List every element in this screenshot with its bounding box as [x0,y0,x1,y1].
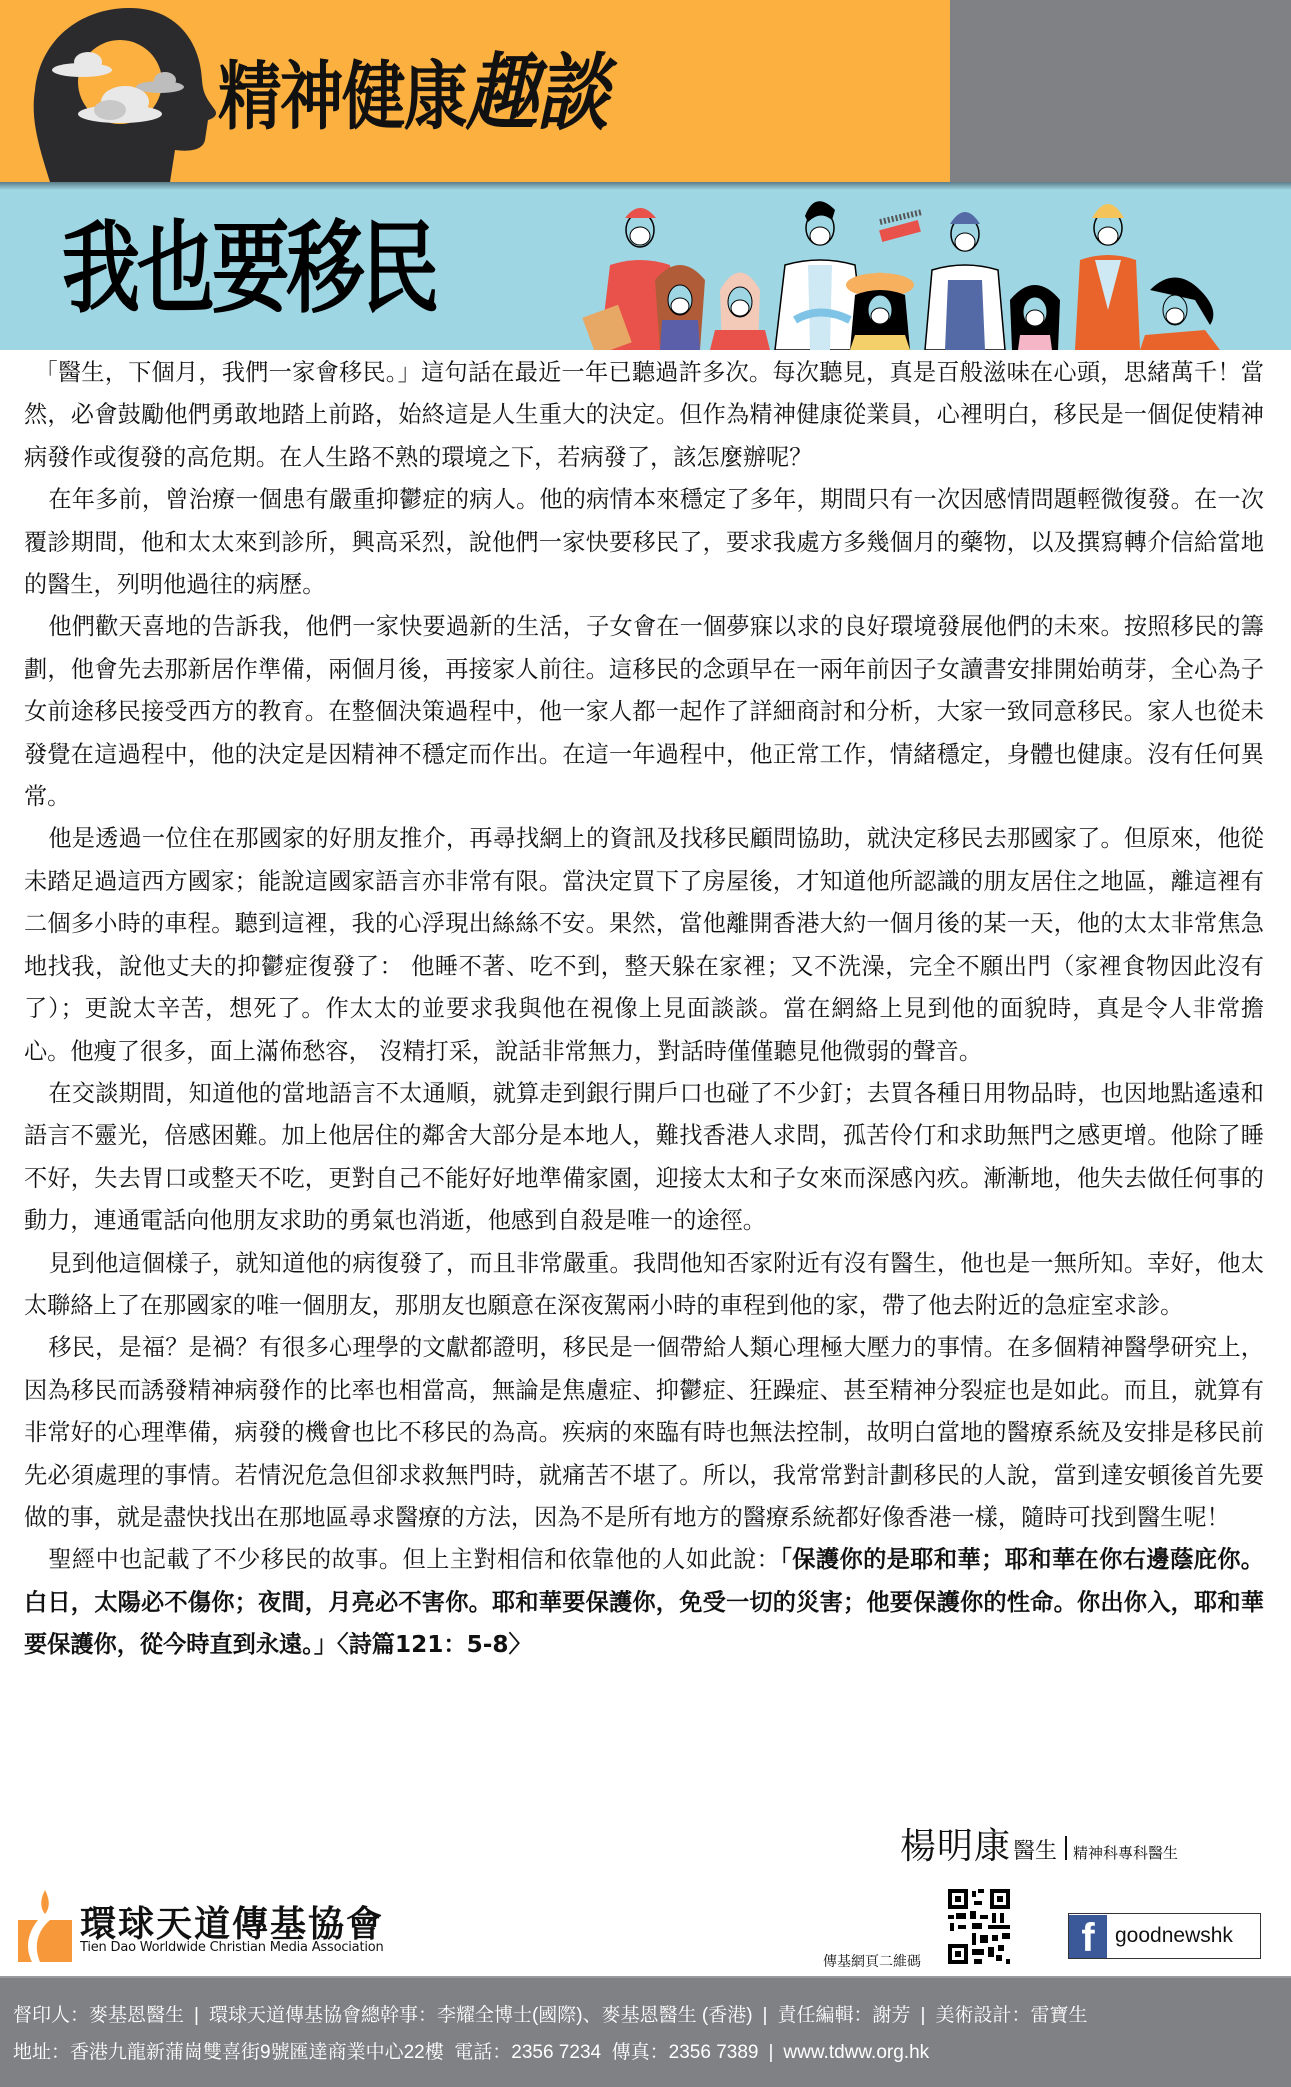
article-body: 「醫生，下個月，我們一家會移民。」這句話在最近一年已聽過許多次。每次聽見，真是百… [24,352,1264,1667]
article-paragraph: 在年多前，曾治療一個患有嚴重抑鬱症的病人。他的病情本來穩定了多年，期間只有一次因… [24,479,1264,606]
credit-separator: | [763,2005,768,2026]
closing-paragraph: 聖經中也記載了不少移民的故事。但上主對相信和依靠他的人如此說：「保護你的是耶和華… [24,1539,1264,1666]
series-title-emphasis: 趣談 [466,44,607,142]
article-paragraph: 移民，是福？是禍？有很多心理學的文獻都證明，移民是一個帶給人類心理極大壓力的事情… [24,1327,1264,1539]
contact-fax: 傳真：2356 7389 [612,2042,759,2063]
article-paragraph: 見到他這個樣子，就知道他的病復發了，而且非常嚴重。我問他知否家附近有沒有醫生，他… [24,1243,1264,1328]
candle-flame-logo-icon [18,1890,72,1962]
article-banner: 我也要移民 [0,190,1291,350]
nurse-figure [710,273,770,351]
series-title-plain: 精神健康 [218,54,466,140]
masked-workers-illustration [580,190,1291,350]
article-paragraph: 在交談期間，知道他的當地語言不太通順，就算走到銀行開戶口也碰了不少釘；去買各種日… [24,1073,1264,1243]
ponytail-woman-figure [1140,278,1220,351]
credit-separator: | [768,2042,773,2063]
author-role: 精神科專科醫生 [1073,1844,1178,1862]
scripture-reference: 〈詩篇121：5-8〉 [337,1631,532,1658]
facebook-link[interactable]: f goodnewshk [1068,1913,1261,1959]
qr-code-label: 傳基網頁二維碼 [823,1951,921,1971]
author-name: 楊明康 [900,1826,1011,1867]
girl-figure [1010,285,1060,350]
contact-address: 地址：香港九龍新蒲崗雙喜街9號匯達商業中心22樓 [13,2042,444,2063]
article-paragraph: 「醫生，下個月，我們一家會移民。」這句話在最近一年已聽過許多次。每次聽見，真是百… [24,352,1264,479]
construction-worker-figure [1075,204,1140,350]
credit-designer: 美術設計：雷寶生 [935,2005,1087,2026]
credits-bar: 督印人：麥基恩醫生|環球天道傳基協會總幹事：李耀全博士(國際)、麥基恩醫生 (香… [0,1976,1291,2087]
article-title: 我也要移民 [62,208,436,328]
curly-hair-woman-figure [655,265,705,350]
author-title: 醫生 [1013,1839,1057,1864]
mechanic-figure [925,212,1005,350]
qr-code-icon[interactable] [948,1889,1010,1964]
website-link[interactable]: www.tdww.org.hk [783,2042,929,2063]
credit-publisher: 督印人：麥基恩醫生 [13,2005,184,2026]
facebook-handle: goodnewshk [1115,1924,1233,1948]
doctor-figure [775,201,865,350]
contact-phone: 電話：2356 7234 [454,2042,601,2063]
credit-separator: | [194,2005,199,2026]
credits-contact-row: 地址：香港九龍新蒲崗雙喜街9號匯達商業中心22樓 電話：2356 7234 傳真… [13,2037,929,2064]
credit-general-secretary: 環球天道傳基協會總幹事：李耀全博士(國際)、麥基恩醫生 (香港) [209,2005,753,2026]
author-signature: 楊明康醫生精神科專科醫生 [900,1818,1178,1868]
closing-intro: 聖經中也記載了不少移民的故事。但上主對相信和依靠他的人如此說： [48,1546,780,1573]
signature-divider [1065,1836,1067,1860]
facebook-icon: f [1069,1915,1107,1958]
header-divider [0,182,1291,190]
cleaner-figure [846,212,922,350]
column-header-panel: 談 天 說 道 [950,0,1291,182]
credits-staff-row: 督印人：麥基恩醫生|環球天道傳基協會總幹事：李耀全博士(國際)、麥基恩醫生 (香… [13,2000,1087,2027]
organization-name-en: Tien Dao Worldwide Christian Media Assoc… [80,1940,384,1955]
credit-editor: 責任編輯：謝芳 [777,2005,910,2026]
series-title: 精神健康趣談 [218,48,607,142]
page-header: 精神健康趣談 談 天 說 道 [0,0,1291,182]
series-header-panel: 精神健康趣談 [0,0,950,182]
article-paragraph: 他是透過一位住在那國家的好朋友推介，再尋找網上的資訊及找移民顧問協助，就決定移民… [24,818,1264,1072]
credit-separator: | [921,2005,926,2026]
head-with-clouds-icon [10,0,220,182]
article-paragraph: 他們歡天喜地的告訴我，他們一家快要過新的生活，子女會在一個夢寐以求的良好環境發展… [24,606,1264,818]
